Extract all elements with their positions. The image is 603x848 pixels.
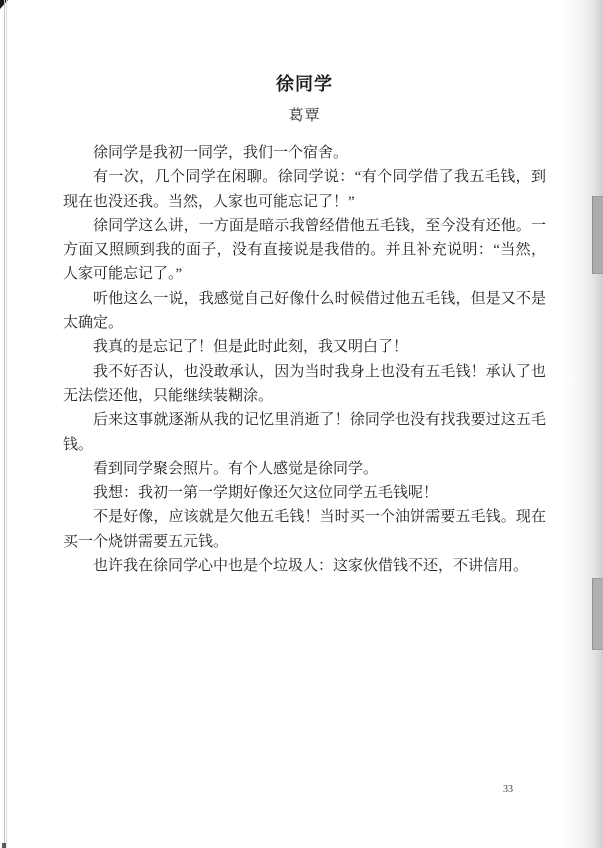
page-right-edge-mark-upper [592, 196, 603, 274]
paragraph: 听他这么一说，我感觉自己好像什么时候借过他五毛钱，但是又不是太确定。 [63, 287, 546, 336]
document-title: 徐同学 [63, 74, 546, 94]
scanned-book-page: { "page": { "title": "徐同学", "author": "葛… [0, 0, 603, 848]
page-left-edge-line-outer [4, 0, 5, 848]
paragraph: 我真的是忘记了！但是此时此刻，我又明白了！ [63, 335, 546, 359]
document-content: 徐同学 葛覃 徐同学是我初一同学，我们一个宿舍。 有一次，几个同学在闲聊。徐同学… [63, 74, 546, 578]
page-left-edge-line-inner [6, 0, 7, 848]
paragraph: 看到同学聚会照片。有个人感觉是徐同学。 [63, 457, 546, 481]
paragraph: 我不好否认，也没敢承认，因为当时我身上也没有五毛钱！承认了也无法偿还他，只能继续… [63, 360, 546, 409]
paragraph: 后来这事就逐渐从我的记忆里消逝了！徐同学也没有找我要过这五毛钱。 [63, 408, 546, 457]
paragraph: 徐同学是我初一同学，我们一个宿舍。 [63, 141, 546, 165]
page-number: 33 [503, 784, 513, 795]
document-body: 徐同学是我初一同学，我们一个宿舍。 有一次，几个同学在闲聊。徐同学说：“有个同学… [63, 141, 546, 578]
paragraph: 徐同学这么讲，一方面是暗示我曾经借他五毛钱，至今没有还他。一方面又照顾到我的面子… [63, 214, 546, 287]
paragraph: 有一次，几个同学在闲聊。徐同学说：“有个同学借了我五毛钱，到现在也没还我。当然，… [63, 165, 546, 214]
paragraph: 也许我在徐同学心中也是个垃圾人：这家伙借钱不还，不讲信用。 [63, 554, 546, 578]
paragraph: 我想：我初一第一学期好像还欠这位同学五毛钱呢！ [63, 481, 546, 505]
page-right-edge-shadow [563, 0, 603, 848]
paragraph: 不是好像，应该就是欠他五毛钱！当时买一个油饼需要五毛钱。现在买一个烧饼需要五元钱… [63, 505, 546, 554]
scan-corner-mark-bottom-left [2, 843, 6, 848]
page-right-edge-mark-lower [592, 578, 603, 650]
document-author: 葛覃 [63, 106, 546, 126]
